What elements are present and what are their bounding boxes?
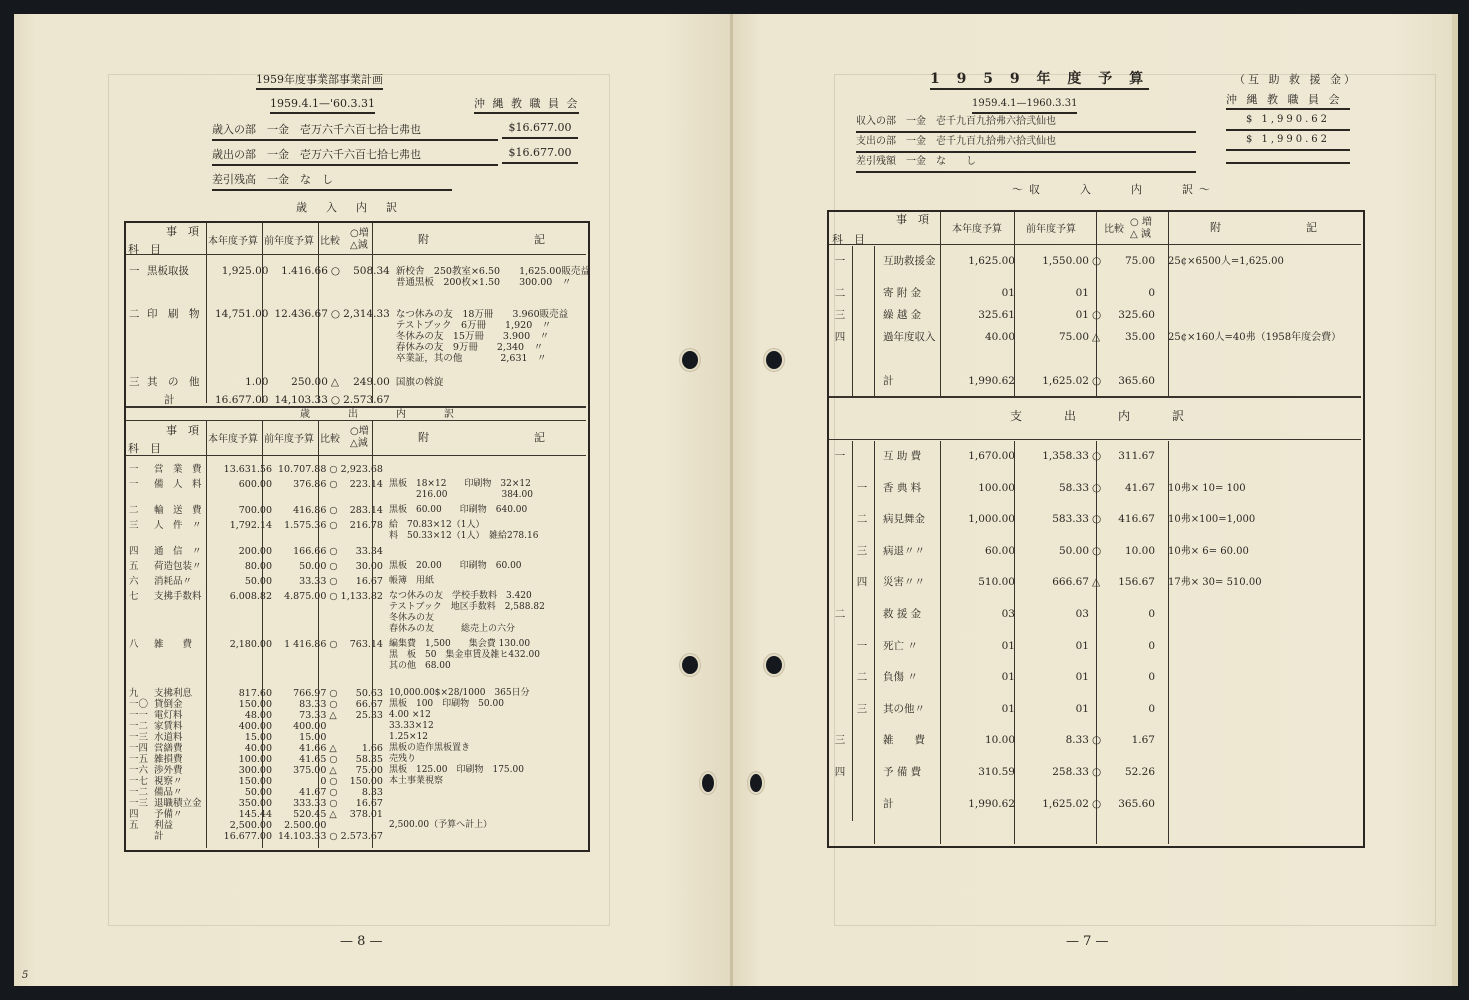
cell-previous: 1.575.36 <box>275 520 329 546</box>
cell-no: 八 <box>126 639 151 688</box>
table-row: 一二備品〃50.0041.67○8.33 <box>126 787 548 798</box>
cell-previous: 41.65 <box>275 754 329 765</box>
cell-current: 50.00 <box>219 576 275 591</box>
cell-mark: ○ <box>1092 451 1102 483</box>
cell-mark: ○ <box>329 798 337 809</box>
cell-current: 15.00 <box>219 732 275 743</box>
cell-sub <box>851 799 873 831</box>
cell-mark: ○ <box>1092 546 1102 578</box>
col-previous: 前年度予算 <box>1026 224 1076 235</box>
cell-note: 帳簿 用紙 <box>386 576 548 591</box>
cell-diff: 763.14 <box>338 639 386 688</box>
cell-mark: ○ <box>1092 767 1102 799</box>
cell-current: 310.59 <box>946 767 1018 799</box>
cell-note: 33.33×12 <box>386 721 548 732</box>
cell-previous: 766.97 <box>275 688 329 699</box>
cell-previous: 416.86 <box>275 505 329 520</box>
cell-no: 一二 <box>126 787 151 798</box>
cell-mark: ○ <box>1092 514 1102 546</box>
cell-diff: 75.00 <box>1102 256 1158 288</box>
right-subtitle: （互 助 救 援 金） <box>1234 74 1358 85</box>
cell-note: 10弗× 6= 60.00 <box>1158 546 1265 578</box>
cell-no: 一二 <box>126 721 151 732</box>
table-row: 一営 業 費13.631.5610.707.88○2,923.68 <box>126 464 548 479</box>
cell-diff: 156.67 <box>1102 577 1158 609</box>
cell-diff: 41.67 <box>1102 483 1158 515</box>
cell-no: 一三 <box>126 732 151 743</box>
cell-mark: ○ <box>1092 376 1102 398</box>
col-note-b: 記 <box>534 432 545 443</box>
cell-note: 売残り <box>386 754 548 765</box>
cell-previous: 1 416.86 <box>275 639 329 688</box>
right-expense-rows: 一互 助 費1,670.001,358.33○311.67一香 典 料100.0… <box>829 451 1265 830</box>
cell-sub <box>851 310 873 332</box>
col-inc: ○増 <box>350 426 369 437</box>
left-summary-expense: 歳出の部 一金 壱万六千六百七拾七弗也 <box>212 149 498 166</box>
cell-name: 支拂利息 <box>151 688 219 699</box>
cell-previous: 4.875.00 <box>275 591 329 639</box>
table-row: 三 其 の 他 1.00 250.00 △ 249.00 国旗の斡旋 <box>126 377 593 395</box>
cell-name: 貸倒金 <box>151 699 219 710</box>
cell-current: 1,670.00 <box>946 451 1018 483</box>
cell-name: 家賃料 <box>151 721 219 732</box>
left-title: 1959年度事業部事業計画 <box>256 74 383 90</box>
document-spread: 1959年度事業部事業計画 1959.4.1—'60.3.31 沖 縄 教 職 … <box>14 14 1454 986</box>
cell-mark: ○ <box>329 505 337 520</box>
cell-note: 黒板 100 印刷物 50.00 <box>386 699 548 710</box>
cell-no <box>829 672 851 704</box>
table-row: 一五雑損費100.0041.65○58.35売残り <box>126 754 548 765</box>
cell-name: 予備〃 <box>151 809 219 820</box>
cell-diff: 2.573.67 <box>338 831 386 846</box>
cell-mark: ○ <box>329 699 337 710</box>
cell-sub: 三 <box>851 704 873 736</box>
cell-current: 300.00 <box>219 765 275 776</box>
cell-name: 雑損費 <box>151 754 219 765</box>
cell-name: 荷造包装〃 <box>151 561 219 576</box>
right-expense-heading: 支 出 内 訳 <box>1010 411 1190 422</box>
cell-mark: △ <box>329 710 337 721</box>
cell-previous: 166.66 <box>275 546 329 561</box>
col-item-top: 事 項 <box>166 425 199 436</box>
table-row-total: 計 16.677.00 14,103.33 ○ 2.573.67 <box>126 395 593 406</box>
cell-diff: 0 <box>1102 672 1158 704</box>
table-row: 一六渉外費300.00375.00△75.00黒板 125.00 印刷物 175… <box>126 765 548 776</box>
table-row: 一二家賃料400.00400.0033.33×12 <box>126 721 548 732</box>
cell-note: 黒板の造作黒板置き <box>386 743 548 754</box>
cell-current: 1,625.00 <box>946 256 1018 288</box>
cell-note: 2,500.00（予算へ計上） <box>386 820 548 831</box>
cell-no: 一 <box>126 479 151 505</box>
cell-diff: 33.34 <box>338 546 386 561</box>
table-row: 八雑 費2,180.001 416.86○763.14編集費 1,500 集会費… <box>126 639 548 688</box>
cell-diff: 30.00 <box>338 561 386 576</box>
left-period: 1959.4.1—'60.3.31 <box>270 98 375 114</box>
cell-no <box>829 546 851 578</box>
right-revenue-heading: 〜収 入 内 訳〜 <box>1012 184 1216 195</box>
cell-mark: ○ <box>1092 735 1102 767</box>
cell-previous: 01 <box>1018 310 1092 332</box>
cell-sub: 一 <box>851 483 873 515</box>
col-note-b: 記 <box>534 234 545 245</box>
table-row-total: 計1,990.621,625.02○365.60 <box>829 799 1265 831</box>
cell-current: 1,990.62 <box>946 376 1018 398</box>
cell-mark: △ <box>1092 577 1102 609</box>
cell-name: 渉外費 <box>151 765 219 776</box>
cell-no <box>829 483 851 515</box>
cell-name: 視察〃 <box>151 776 219 787</box>
cell-mark <box>329 732 337 743</box>
table-row: 一 黒板取扱 1,925.00 1.416.66 ○ 508.34 新校舎 25… <box>126 266 593 309</box>
cell-note: 10弗× 10= 100 <box>1158 483 1265 515</box>
binding-gutter <box>730 14 733 986</box>
cell-note <box>1158 609 1265 641</box>
left-revenue-rows: 一 黒板取扱 1,925.00 1.416.66 ○ 508.34 新校舎 25… <box>126 266 593 406</box>
cell-current: 80.00 <box>219 561 275 576</box>
cell-mark: ○ <box>329 561 337 576</box>
col-note-a: 附 <box>418 432 429 443</box>
cell-note <box>386 831 548 846</box>
cell-current: 10.00 <box>946 735 1018 767</box>
cell-previous: 73.33 <box>275 710 329 721</box>
cell-sub: 一 <box>851 641 873 673</box>
cell-previous: 41.67 <box>275 787 329 798</box>
cell-previous: 1,625.02 <box>1018 376 1092 398</box>
cell-mark: ○ <box>329 520 337 546</box>
cell-note: なつ休みの友 学校手数料 3.420 テストブック 地区手数料 2,588.82… <box>386 591 548 639</box>
cell-no: 七 <box>126 591 151 639</box>
table-row: 一互 助 費1,670.001,358.33○311.67 <box>829 451 1265 483</box>
table-row: 五利益2,500.002.500.002,500.00（予算へ計上） <box>126 820 548 831</box>
cell-previous: 14.103.33 <box>275 831 329 846</box>
cell-sub <box>851 376 873 398</box>
cell-note <box>386 809 548 820</box>
cell-note <box>1158 451 1265 483</box>
cell-sub <box>851 735 873 767</box>
table-row: 一一電灯料48.0073.33△25.334.00 ×12 <box>126 710 548 721</box>
right-organization: 沖 縄 教 職 員 会 <box>1226 94 1350 110</box>
cell-no: 一 <box>829 451 851 483</box>
cell-previous: 15.00 <box>275 732 329 743</box>
cell-previous: 01 <box>1018 672 1092 704</box>
cell-no <box>829 514 851 546</box>
cell-name: 互助救援金 <box>873 256 946 288</box>
cell-current: 150.00 <box>219 699 275 710</box>
cell-name: 互 助 費 <box>873 451 946 483</box>
cell-mark <box>1092 288 1102 310</box>
cell-diff: 35.00 <box>1102 332 1158 376</box>
cell-current: 01 <box>946 704 1018 736</box>
left-summary-revenue: 歳入の部 一金 壱万六千六百七拾七弗也 <box>212 124 498 141</box>
cell-diff: 1.66 <box>338 743 386 754</box>
table-row: 二救 援 金03030 <box>829 609 1265 641</box>
cell-previous: 375.00 <box>275 765 329 776</box>
cell-note: 編集費 1,500 集会費 130.00 黒 板 50 集金車賃及雑ヒ432.0… <box>386 639 548 688</box>
cell-no: 三 <box>829 735 851 767</box>
cell-no: 四 <box>126 546 151 561</box>
cell-mark: △ <box>1092 332 1102 376</box>
cell-no <box>829 799 851 831</box>
cell-note: 本土事業視察 <box>386 776 548 787</box>
table-row: 一死亡 〃01010 <box>829 641 1265 673</box>
cell-name: 其の他〃 <box>873 704 946 736</box>
corner-mark: 5 <box>22 970 28 981</box>
right-summary-expense-amount: $ 1,990.62 <box>1226 134 1350 151</box>
cell-diff: 52.26 <box>1102 767 1158 799</box>
cell-name: 寄 附 金 <box>873 288 946 310</box>
cell-name: 支拂手数料 <box>151 591 219 639</box>
cell-name: 繰 越 金 <box>873 310 946 332</box>
cell-name: 水道料 <box>151 732 219 743</box>
cell-diff: 58.35 <box>338 754 386 765</box>
table-row: 一七視察〃150.000○150.00本土事業視察 <box>126 776 548 787</box>
table-row: 四通 信 〃200.00166.66○33.34 <box>126 546 548 561</box>
cell-diff: 10.00 <box>1102 546 1158 578</box>
cell-note <box>1158 767 1265 799</box>
cell-name: 営繕費 <box>151 743 219 754</box>
cell-diff: 50.63 <box>338 688 386 699</box>
cell-no: 一〇 <box>126 699 151 710</box>
cell-mark: ○ <box>1092 310 1102 332</box>
table-row: 二負傷 〃01010 <box>829 672 1265 704</box>
cell-mark: △ <box>329 809 337 820</box>
cell-current: 40.00 <box>219 743 275 754</box>
cell-no <box>829 641 851 673</box>
binding-hole-icon <box>682 351 698 369</box>
cell-current: 13.631.56 <box>219 464 275 479</box>
table-row: 一〇貸倒金150.0083.33○66.67黒板 100 印刷物 50.00 <box>126 699 548 710</box>
cell-diff: 283.14 <box>338 505 386 520</box>
right-summary-balance: 差引残額 一金 な し <box>856 156 1196 173</box>
cell-no: 五 <box>126 820 151 831</box>
table-row: 二病見舞金1,000.00583.33○416.6710弗×100=1,000 <box>829 514 1265 546</box>
cell-current: 01 <box>946 288 1018 310</box>
cell-sub <box>851 256 873 288</box>
cell-previous: 03 <box>1018 609 1092 641</box>
left-page-number: — 8 — <box>340 934 383 949</box>
cell-current: 510.00 <box>946 577 1018 609</box>
cell-note: 10弗×100=1,000 <box>1158 514 1265 546</box>
col-previous: 前年度予算 <box>264 236 314 247</box>
left-summary-expense-amount: $16.677.00 <box>502 147 578 164</box>
cell-previous: 583.33 <box>1018 514 1092 546</box>
table-row: 三病退〃〃60.0050.00○10.0010弗× 6= 60.00 <box>829 546 1265 578</box>
cell-current: 48.00 <box>219 710 275 721</box>
binding-hole-icon <box>682 656 698 674</box>
col-inc: ○ 増 <box>1130 217 1152 228</box>
cell-name: 負傷 〃 <box>873 672 946 704</box>
table-row: 三其の他〃01010 <box>829 704 1265 736</box>
cell-no: 一 <box>126 464 151 479</box>
cell-name: 雑 費 <box>873 735 946 767</box>
cell-note: 1.25×12 <box>386 732 548 743</box>
col-dec: △減 <box>350 438 368 449</box>
cell-name: 計 <box>151 831 219 846</box>
cell-diff: 365.60 <box>1102 376 1158 398</box>
cell-note <box>386 787 548 798</box>
cell-mark <box>329 820 337 831</box>
cell-previous: 520.45 <box>275 809 329 820</box>
right-summary-balance-amount <box>1226 160 1350 164</box>
cell-name: 雑 費 <box>151 639 219 688</box>
cell-mark <box>329 721 337 732</box>
binding-hole-icon <box>766 351 782 369</box>
left-organization: 沖 縄 教 職 員 会 <box>474 98 579 114</box>
cell-no: 二 <box>829 609 851 641</box>
cell-current: 100.00 <box>946 483 1018 515</box>
cell-note: 給 70.83×12（1人） 料 50.33×12（1人） 雑給278.16 <box>386 520 548 546</box>
cell-name: 香 典 料 <box>873 483 946 515</box>
cell-sub: 二 <box>851 514 873 546</box>
cell-current: 400.00 <box>219 721 275 732</box>
table-row: 四予備〃145.44520.45△378.01 <box>126 809 548 820</box>
cell-mark <box>1092 672 1102 704</box>
col-item-bottom: 科 目 <box>128 443 161 454</box>
table-row: 二 印 刷 物 14,751.00 12.436.67 ○ 2,314.33 な… <box>126 309 593 377</box>
right-period: 1959.4.1—1960.3.31 <box>972 98 1077 114</box>
right-summary-revenue: 収入の部 一金 壱千九百九拾弗六拾弐仙也 <box>856 116 1196 133</box>
table-row: 七支拂手数料6.008.824.875.00○1,133.82なつ休みの友 学校… <box>126 591 548 639</box>
cell-note <box>1158 735 1265 767</box>
cell-name: 消耗品〃 <box>151 576 219 591</box>
cell-previous: 75.00 <box>1018 332 1092 376</box>
cell-diff <box>338 732 386 743</box>
cell-mark: ○ <box>329 546 337 561</box>
cell-note <box>386 546 548 561</box>
cell-no <box>126 831 151 846</box>
col-item-top: 事 項 <box>166 226 199 237</box>
col-dec: △ 減 <box>1130 229 1151 240</box>
table-row: 四予 備 費310.59258.33○52.26 <box>829 767 1265 799</box>
cell-diff: 150.00 <box>338 776 386 787</box>
cell-current: 01 <box>946 641 1018 673</box>
cell-note <box>1158 704 1265 736</box>
cell-current: 1,792.14 <box>219 520 275 546</box>
cell-previous: 2.500.00 <box>275 820 329 831</box>
cell-current: 6.008.82 <box>219 591 275 639</box>
cell-mark <box>1092 609 1102 641</box>
cell-mark: ○ <box>329 576 337 591</box>
cell-previous: 01 <box>1018 288 1092 310</box>
cell-no: 一 <box>829 256 851 288</box>
cell-mark: ○ <box>329 639 337 688</box>
cell-diff: 0 <box>1102 288 1158 310</box>
cell-no <box>829 376 851 398</box>
table-row: 一互助救援金1,625.001,550.00○75.0025¢×6500人=1,… <box>829 256 1344 288</box>
cell-current: 1,000.00 <box>946 514 1018 546</box>
right-revenue-rows: 一互助救援金1,625.001,550.00○75.0025¢×6500人=1,… <box>829 256 1344 398</box>
cell-no: 四 <box>126 809 151 820</box>
cell-mark <box>1092 641 1102 673</box>
cell-previous: 8.33 <box>1018 735 1092 767</box>
table-row: 四災害〃〃510.00666.67△156.6717弗× 30= 510.00 <box>829 577 1265 609</box>
binding-hole-icon <box>766 656 782 674</box>
cell-current: 2,180.00 <box>219 639 275 688</box>
cell-diff: 0 <box>1102 704 1158 736</box>
table-row: 一香 典 料100.0058.33○41.6710弗× 10= 100 <box>829 483 1265 515</box>
cell-no <box>829 577 851 609</box>
cell-diff: 223.14 <box>338 479 386 505</box>
cell-previous: 1,358.33 <box>1018 451 1092 483</box>
right-page-number: — 7 — <box>1066 934 1109 949</box>
cell-previous: 333.33 <box>275 798 329 809</box>
cell-sub <box>851 288 873 310</box>
cell-sub <box>851 609 873 641</box>
cell-current: 1,990.62 <box>946 799 1018 831</box>
cell-current: 50.00 <box>219 787 275 798</box>
cell-previous: 50.00 <box>1018 546 1092 578</box>
cell-diff: 1,133.82 <box>338 591 386 639</box>
binding-hole-icon <box>750 774 762 792</box>
cell-sub: 三 <box>851 546 873 578</box>
col-current: 本年度予算 <box>952 224 1002 235</box>
cell-current: 817.60 <box>219 688 275 699</box>
col-inc: ○増 <box>350 228 369 239</box>
cell-mark: ○ <box>329 831 337 846</box>
cell-previous: 10.707.88 <box>275 464 329 479</box>
cell-diff: 16.67 <box>338 576 386 591</box>
col-item-bottom: 科 目 <box>128 244 161 255</box>
left-summary-revenue-amount: $16.677.00 <box>502 122 578 139</box>
cell-diff: 2,923.68 <box>338 464 386 479</box>
cell-mark: ○ <box>1092 256 1102 288</box>
cell-sub: 二 <box>851 672 873 704</box>
cell-previous: 01 <box>1018 641 1092 673</box>
table-row: 一四営繕費40.0041.66△1.66黒板の造作黒板置き <box>126 743 548 754</box>
cell-note <box>1158 288 1344 310</box>
cell-previous: 1,550.00 <box>1018 256 1092 288</box>
table-row: 二輸 送 費700.00416.86○283.14黒板 60.00 印刷物 64… <box>126 505 548 520</box>
cell-note <box>1158 672 1265 704</box>
cell-name: 備品〃 <box>151 787 219 798</box>
cell-note: 10,000.00$×28/1000 365日分 <box>386 688 548 699</box>
cell-current: 60.00 <box>946 546 1018 578</box>
cell-diff: 365.60 <box>1102 799 1158 831</box>
cell-mark: ○ <box>329 754 337 765</box>
cell-no: 六 <box>126 576 151 591</box>
cell-name: 人 件 〃 <box>151 520 219 546</box>
cell-mark: ○ <box>329 479 337 505</box>
right-summary-expense: 支出の部 一金 壱千九百九拾弗六拾弐仙也 <box>856 136 1196 153</box>
cell-name: 利益 <box>151 820 219 831</box>
table-row: 三雑 費10.008.33○1.67 <box>829 735 1265 767</box>
cell-previous: 33.33 <box>275 576 329 591</box>
table-row: 一三退職積立金350.00333.33○16.67 <box>126 798 548 809</box>
cell-note: 黒板 18×12 印刷物 32×12 216.00 384.00 <box>386 479 548 505</box>
cell-previous: 83.33 <box>275 699 329 710</box>
left-summary-balance: 差引残高 一金 な し <box>212 174 452 191</box>
cell-mark: ○ <box>329 787 337 798</box>
cell-note <box>1158 310 1344 332</box>
cell-diff: 0 <box>1102 609 1158 641</box>
cell-name: 災害〃〃 <box>873 577 946 609</box>
cell-no: 四 <box>829 767 851 799</box>
cell-previous: 400.00 <box>275 721 329 732</box>
col-item-bottom: 科 目 <box>832 234 865 245</box>
table-row-total: 計1,990.621,625.02○365.60 <box>829 376 1344 398</box>
cell-current: 01 <box>946 672 1018 704</box>
cell-name: 備 人 料 <box>151 479 219 505</box>
cell-no: 三 <box>829 310 851 332</box>
binding-hole-icon <box>702 774 714 792</box>
left-expense-rows: 一営 業 費13.631.5610.707.88○2,923.68一備 人 料6… <box>126 464 548 846</box>
cell-sub: 四 <box>851 577 873 609</box>
right-title: 1 9 5 9 年 度 予 算 <box>930 74 1149 90</box>
cell-name: 計 <box>873 799 946 831</box>
cell-name: 営 業 費 <box>151 464 219 479</box>
col-current: 本年度予算 <box>208 236 258 247</box>
cell-current: 03 <box>946 609 1018 641</box>
